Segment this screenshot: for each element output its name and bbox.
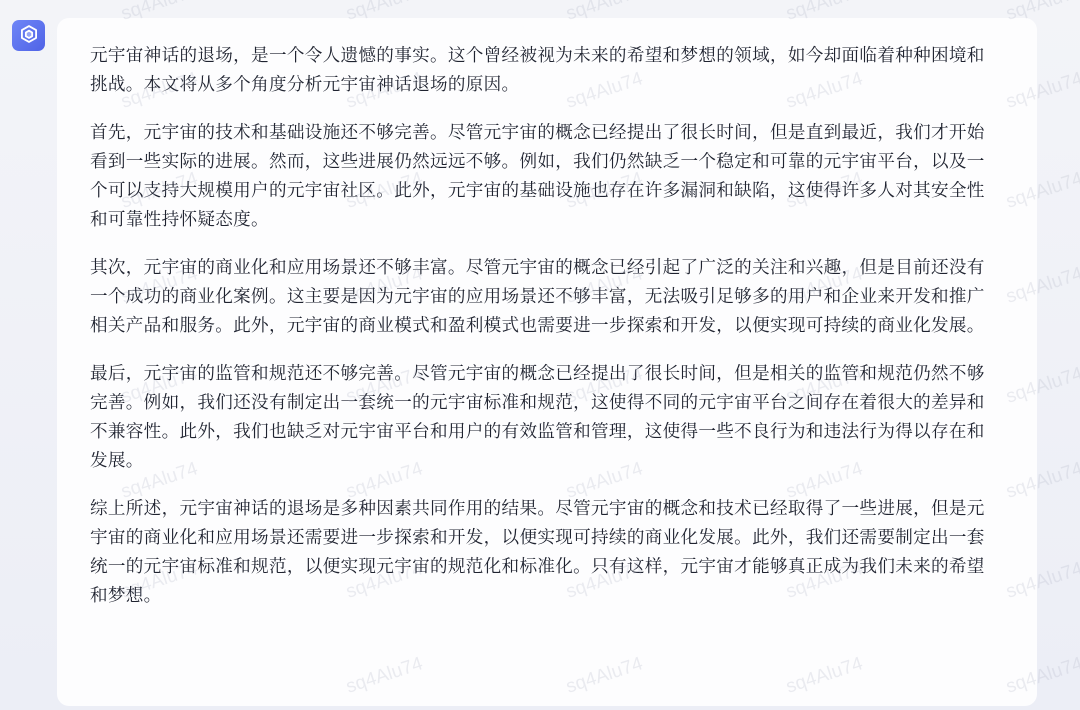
message-paragraph-conclusion: 综上所述，元宇宙神话的退场是多种因素共同作用的结果。尽管元宇宙的概念和技术已经取… — [90, 495, 997, 611]
assistant-avatar — [12, 20, 45, 51]
message-paragraph-regulation: 最后，元宇宙的监管和规范还不够完善。尽管元宇宙的概念已经提出了很长时间，但是相关… — [90, 360, 997, 476]
assistant-message-card: 元宇宙神话的退场，是一个令人遗憾的事实。这个曾经被视为未来的希望和梦想的领域，如… — [57, 18, 1037, 706]
message-paragraph-intro: 元宇宙神话的退场，是一个令人遗憾的事实。这个曾经被视为未来的希望和梦想的领域，如… — [90, 42, 997, 100]
message-paragraph-technology: 首先，元宇宙的技术和基础设施还不够完善。尽管元宇宙的概念已经提出了很长时间，但是… — [90, 119, 997, 235]
message-paragraph-commercialization: 其次，元宇宙的商业化和应用场景还不够丰富。尽管元宇宙的概念已经引起了广泛的关注和… — [90, 254, 997, 341]
cube-logo-icon — [19, 24, 39, 48]
